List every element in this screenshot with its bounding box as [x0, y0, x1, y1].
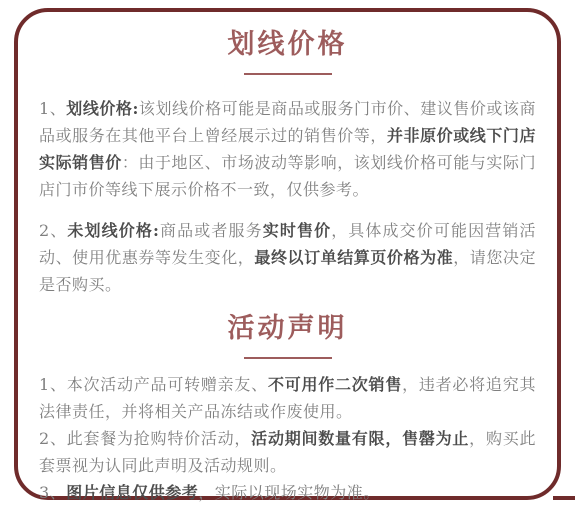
paragraph: 3、图片信息仅供参考，实际以现场实物为准。	[39, 479, 536, 506]
text-run: 1、本次活动产品可转赠亲友、	[39, 375, 268, 394]
text-run-bold: 活动期间数量有限，售罄为止	[251, 429, 469, 448]
text-run: 3、	[39, 483, 66, 502]
text-run-bold: 划线价格:	[66, 99, 139, 118]
section-title: 划线价格	[39, 28, 536, 62]
text-run: 2、	[39, 221, 67, 240]
paragraph: 2、未划线价格:商品或者服务实时售价，具体成交价可能因营销活动、使用优惠券等发生…	[39, 217, 536, 298]
text-run-bold: 图片信息仅供参考	[66, 483, 198, 502]
paragraph: 2、此套餐为抢购特价活动，活动期间数量有限，售罄为止，购买此套票视为认同此声明及…	[39, 425, 536, 479]
text-run-bold: 最终以订单结算页价格为准	[254, 248, 453, 267]
text-run-bold: 实时售价	[263, 221, 331, 240]
notice-card: 划线价格 1、划线价格:该划线价格可能是商品或服务门市价、建议售价或该商品或服务…	[14, 8, 561, 500]
text-run: 1、	[39, 99, 66, 118]
text-run-bold: 不可用作二次销售	[268, 375, 402, 394]
text-run-bold: 未划线价格:	[67, 221, 159, 240]
bottom-border-line	[553, 496, 575, 500]
notice-section: 划线价格 1、划线价格:该划线价格可能是商品或服务门市价、建议售价或该商品或服务…	[39, 28, 536, 298]
text-run: ，实际以现场实物为准。	[198, 483, 380, 502]
section-body: 1、划线价格:该划线价格可能是商品或服务门市价、建议售价或该商品或服务在其他平台…	[39, 95, 536, 298]
text-run: 2、此套餐为抢购特价活动，	[39, 429, 251, 448]
notice-card-content: 划线价格 1、划线价格:该划线价格可能是商品或服务门市价、建议售价或该商品或服务…	[18, 12, 557, 506]
notice-section: 活动声明 1、本次活动产品可转赠亲友、不可用作二次销售，违者必将追究其法律责任，…	[39, 312, 536, 506]
section-body: 1、本次活动产品可转赠亲友、不可用作二次销售，违者必将追究其法律责任，并将相关产…	[39, 371, 536, 506]
paragraph: 1、划线价格:该划线价格可能是商品或服务门市价、建议售价或该商品或服务在其他平台…	[39, 95, 536, 203]
paragraph: 1、本次活动产品可转赠亲友、不可用作二次销售，违者必将追究其法律责任，并将相关产…	[39, 371, 536, 425]
text-run: 商品或者服务	[159, 221, 262, 240]
title-underline	[244, 73, 332, 75]
section-title: 活动声明	[39, 312, 536, 346]
title-underline	[244, 357, 332, 359]
